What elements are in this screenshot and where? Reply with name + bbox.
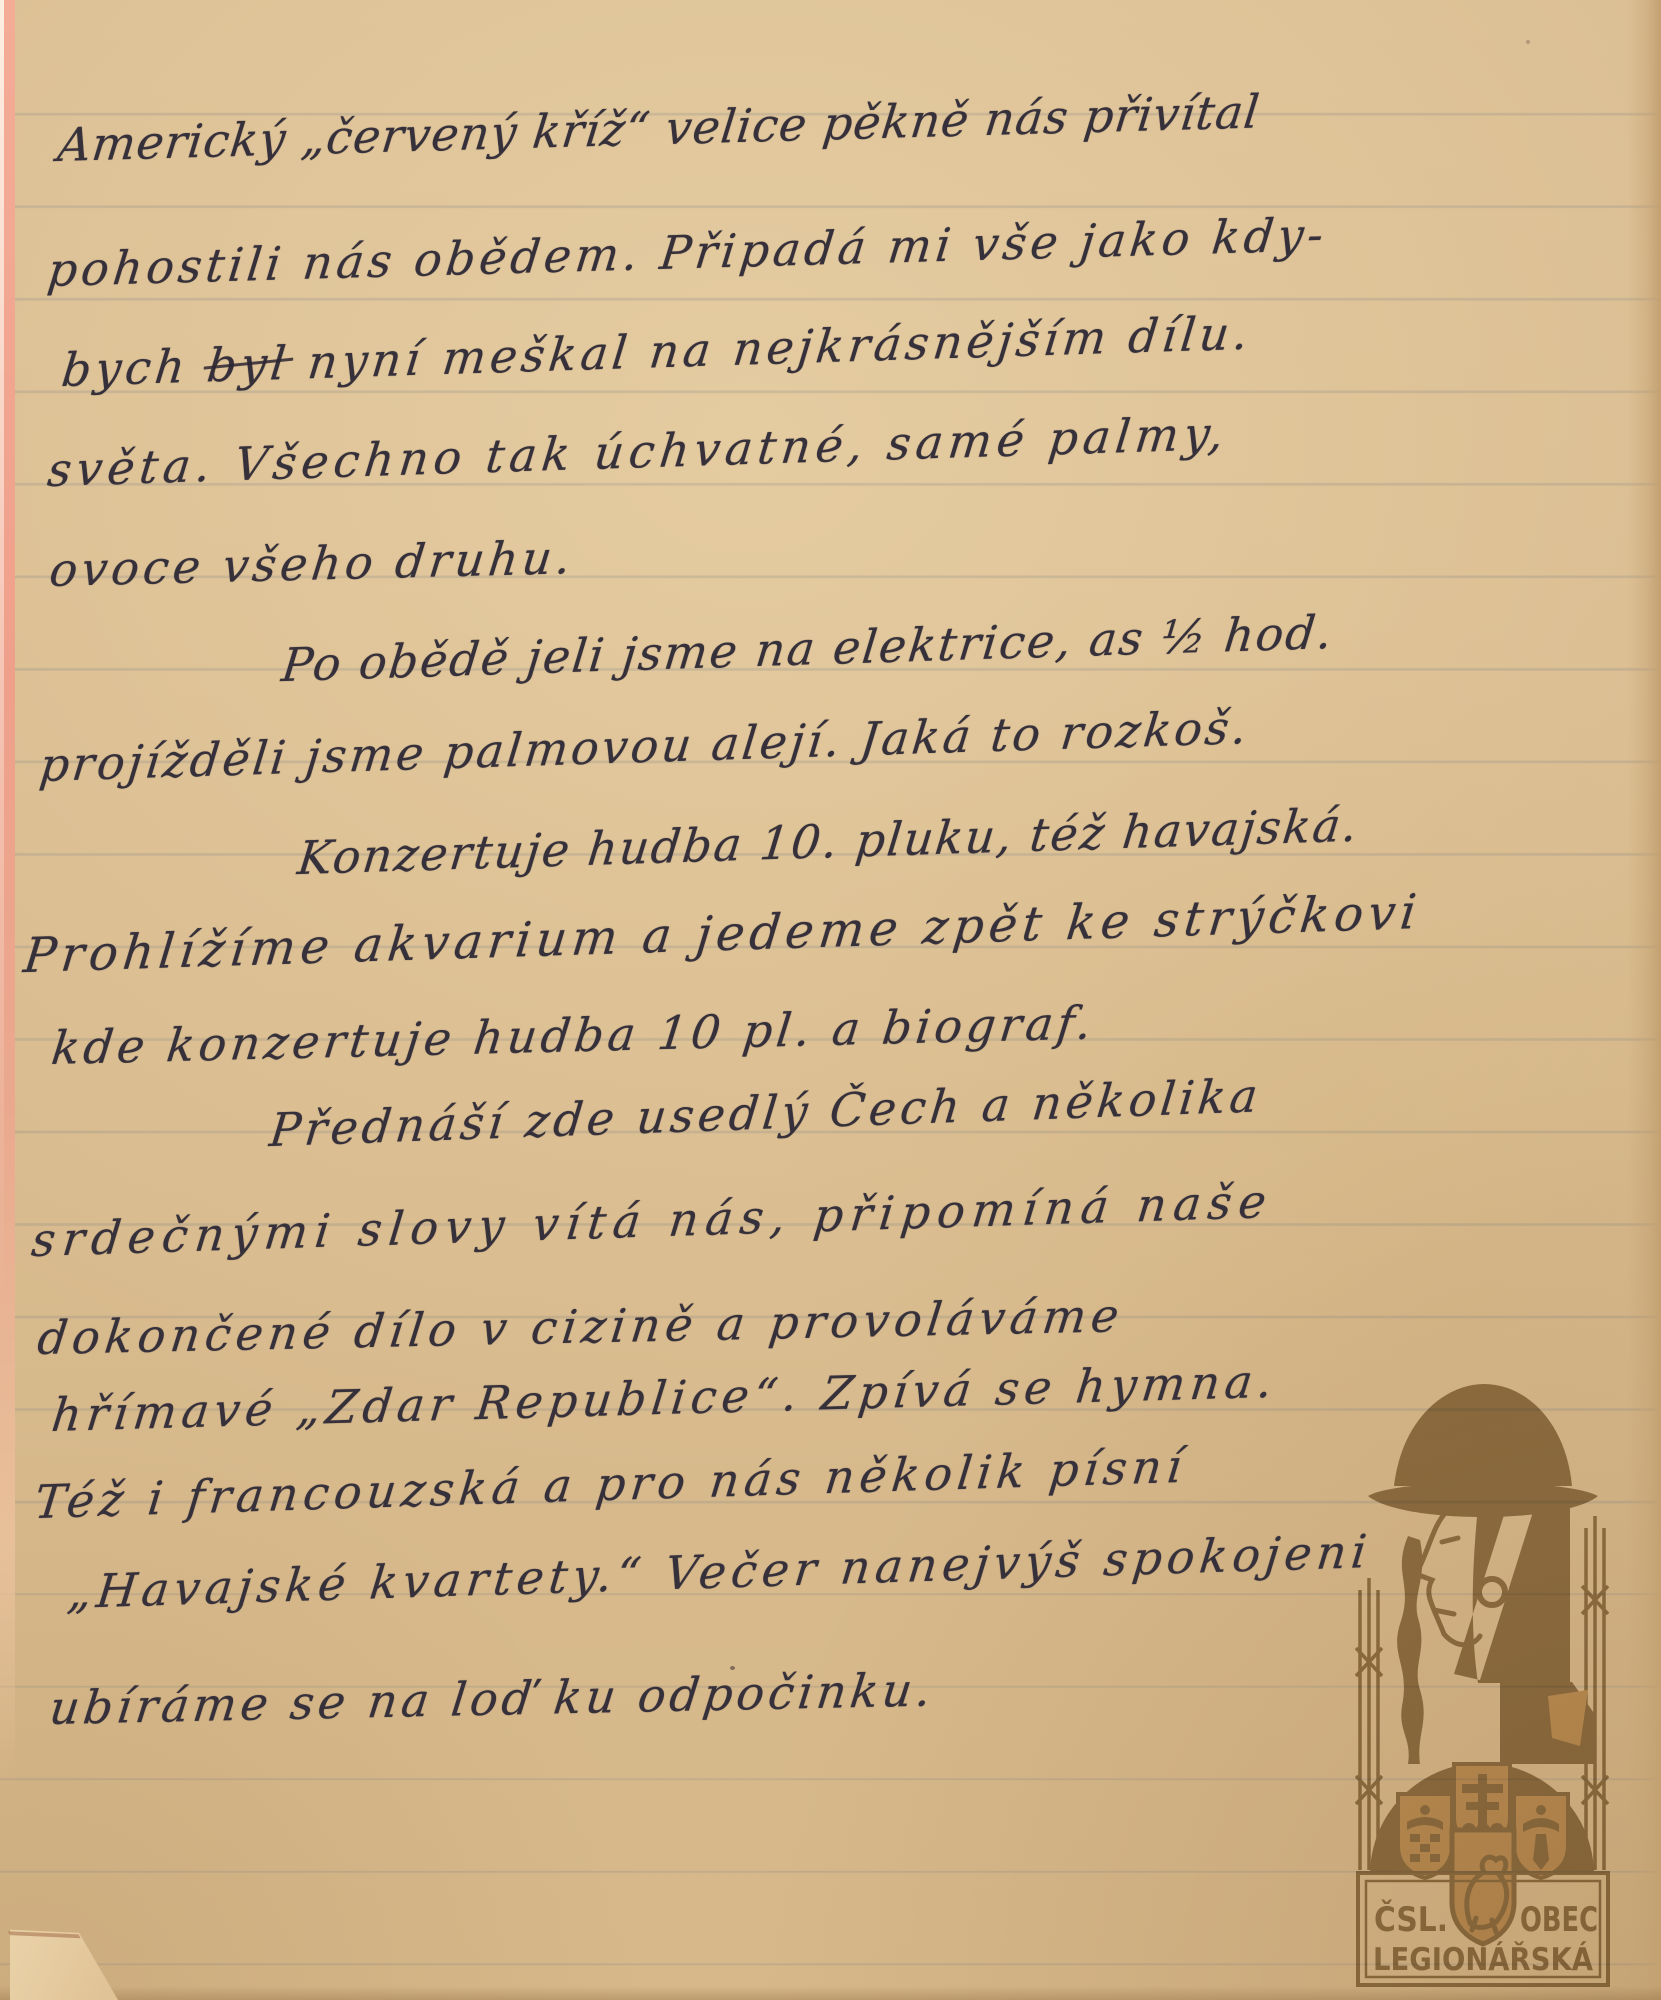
handwritten-line: hřímavé „Zdar Republice“. Zpívá se hymna…: [49, 1354, 1280, 1442]
handwritten-line: Po obědě jeli jsme na elektrice, as ½ ho…: [279, 605, 1337, 692]
handwritten-line: Americký „červený kříž“ velice pěkně nás…: [55, 84, 1263, 172]
handwritten-line: srdečnými slovy vítá nás, připomíná naše: [29, 1174, 1276, 1267]
handwritten-line: pohostili nás obědem. Připadá mi vše jak…: [45, 207, 1330, 297]
handwritten-line: Též i francouzská a pro nás několik písn…: [32, 1439, 1189, 1529]
handwritten-line: bych byl nyní meškal na nejkrásnějším dí…: [59, 306, 1255, 398]
handwritten-line: Přednáší zde usedlý Čech a několika: [267, 1068, 1264, 1157]
soldier-head-shadow: [1454, 1496, 1570, 1683]
stamp-lattice-left: [1356, 1578, 1382, 1870]
shield-silesia: [1514, 1794, 1568, 1878]
handwritten-line: kde konzertuje hudba 10 pl. a biograf.: [49, 995, 1099, 1075]
handwritten-line: světa. Všechno tak úchvatné, samé palmy,: [45, 406, 1231, 497]
stamp-text-obec: OBEC: [1520, 1900, 1598, 1940]
handwritten-line: ubíráme se na loď ku odpočinku.: [47, 1662, 938, 1735]
stamp-text-csl: ČSL.: [1374, 1899, 1448, 1940]
strap-buckle-icon: [1479, 1579, 1505, 1605]
handwritten-line: ovoce všeho druhu.: [47, 530, 578, 597]
handwritten-line: dokončené dílo v cizině a provoláváme: [35, 1288, 1127, 1365]
handwritten-line: Konzertuje hudba 10. pluku, též havajská…: [295, 798, 1362, 886]
shield-bohemia: [1452, 1830, 1514, 1944]
handwritten-line: Prohlížíme akvarium a jedeme zpět ke str…: [21, 884, 1424, 984]
legionnaire-stamp: ČSL. OBEC LEGIONÁŘSKÁ: [1350, 1378, 1616, 1994]
shield-moravia: [1398, 1794, 1452, 1878]
notebook-page: Americký „červený kříž“ velice pěkně nás…: [0, 0, 1661, 2000]
stamp-text-legionarska: LEGIONÁŘSKÁ: [1373, 1942, 1593, 1978]
handwritten-line: „Havajské kvartety.“ Večer nanejvýš spok…: [65, 1524, 1374, 1619]
handwritten-line: projížděli jsme palmovou alejí. Jaká to …: [37, 700, 1252, 792]
soldier-helmet-icon: [1368, 1384, 1598, 1517]
